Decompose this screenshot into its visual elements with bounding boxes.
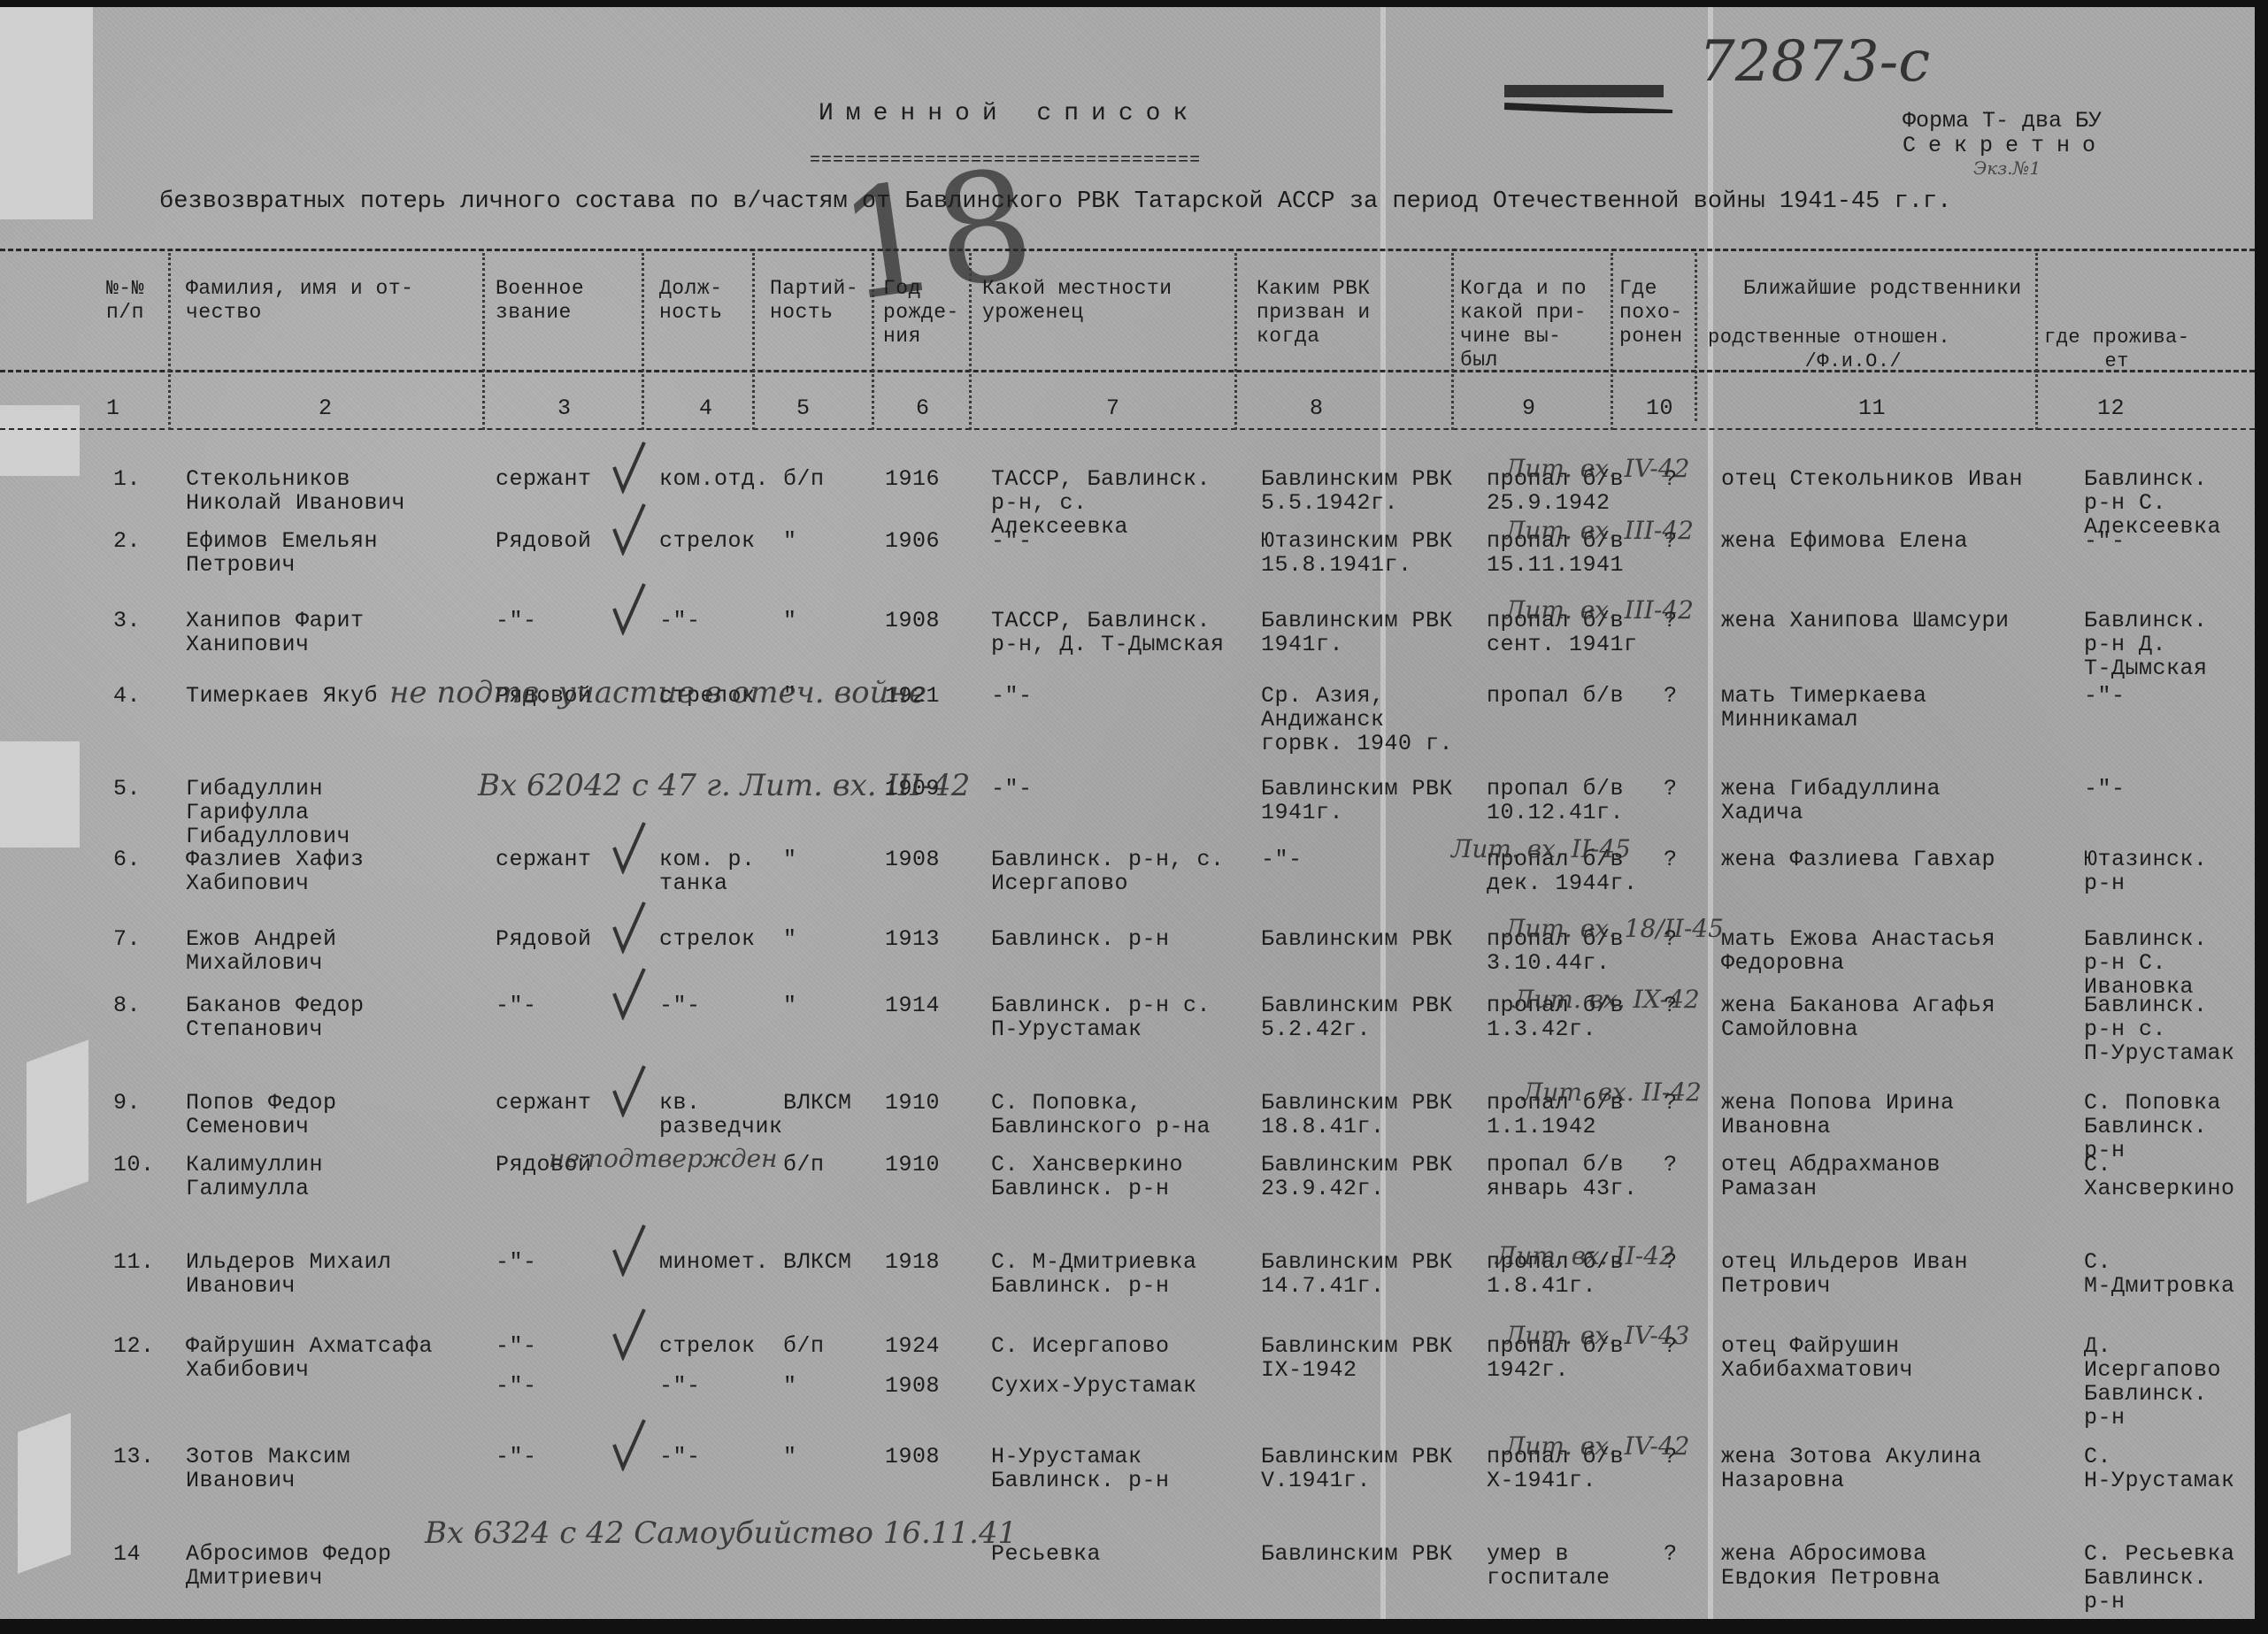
cell-rvk: Бавлинским РВК bbox=[1261, 927, 1453, 951]
cell-origin: Бавлинск. р-н bbox=[991, 927, 1170, 951]
cell-name: Попов Федор Семенович bbox=[186, 1091, 337, 1139]
cell-relative: отец Абдрахманов Рамазан bbox=[1721, 1153, 1941, 1201]
cell-buried: ? bbox=[1664, 684, 1678, 708]
cell-post: -"- bbox=[659, 993, 701, 1017]
cell-relative: жена Попова Ирина Ивановна bbox=[1721, 1091, 1955, 1139]
cell-post: ком. р. танка bbox=[659, 848, 756, 895]
cell-party: " bbox=[783, 609, 797, 633]
cell-relative: отец Файрушин Хабибахматович bbox=[1721, 1334, 1913, 1382]
column-header: Долж- ность bbox=[659, 277, 723, 325]
handwritten-annotation: Лит. вх. II-42 bbox=[1522, 1078, 1702, 1107]
column-divider bbox=[642, 253, 644, 430]
handwritten-annotation: Лит. вх. IV-42 bbox=[1504, 454, 1689, 483]
cell-reason: пропал б/в bbox=[1487, 684, 1624, 708]
cell-name: Ильдеров Михаил Иванович bbox=[186, 1250, 392, 1298]
cell-reason: пропал б/в январь 43г. bbox=[1487, 1153, 1638, 1201]
cell-rank: сержант bbox=[496, 1091, 592, 1115]
column-divider bbox=[1695, 253, 1697, 421]
cell-born: 1916 bbox=[885, 467, 940, 491]
cell-name: Гибадуллин Гарифулла Гибадуллович bbox=[186, 777, 350, 848]
cell-rank: сержант bbox=[496, 848, 592, 871]
column-number: 7 bbox=[1106, 396, 1120, 420]
cell-rank: -"- bbox=[496, 1445, 537, 1469]
paper-patch bbox=[27, 1039, 88, 1203]
cell-name: Калимуллин Галимулла bbox=[186, 1153, 323, 1201]
table-border-top bbox=[0, 249, 2255, 251]
handwritten-annotation: Лит. вх. IV-42 bbox=[1504, 1431, 1689, 1461]
column-divider bbox=[1451, 253, 1454, 430]
cell-post: -"- bbox=[659, 1374, 701, 1398]
cell-born: 1910 bbox=[885, 1091, 940, 1115]
cell-rvk: Бавлинским РВК IX-1942 bbox=[1261, 1334, 1453, 1382]
column-header: Фамилия, имя и от- чество bbox=[186, 277, 413, 325]
column-divider bbox=[168, 253, 171, 430]
cell-address: С. Н-Урустамак bbox=[2084, 1445, 2235, 1492]
cell-address: Бавлинск. р-н С. Ивановка bbox=[2084, 927, 2208, 999]
cell-rvk: Бавлинским РВК 5.5.1942г. bbox=[1261, 467, 1453, 515]
form-info: Форма Т- два БУ Секретно bbox=[1903, 109, 2108, 158]
cell-rank: Рядовой bbox=[496, 927, 592, 951]
archive-number: 72873-с bbox=[1699, 29, 1930, 95]
cell-party: б/п bbox=[783, 467, 825, 491]
handwritten-annotation: Лит. вх. IV-43 bbox=[1504, 1321, 1689, 1350]
cell-n: 12. bbox=[113, 1334, 155, 1358]
cell-buried: ? bbox=[1664, 777, 1678, 801]
cell-born: 1908 bbox=[885, 848, 940, 871]
column-number: 9 bbox=[1522, 396, 1536, 420]
column-number: 3 bbox=[557, 396, 572, 420]
cell-n: 5. bbox=[113, 777, 141, 801]
column-number-divider bbox=[0, 428, 2255, 430]
cell-rank: -"- bbox=[496, 1374, 537, 1398]
cell-post: стрелок bbox=[659, 1334, 756, 1358]
cell-party: " bbox=[783, 927, 797, 951]
column-group-header: Ближайшие родственники bbox=[1743, 277, 2022, 301]
cell-origin: Н-Урустамак Бавлинск. р-н bbox=[991, 1445, 1170, 1492]
cell-born: 1908 bbox=[885, 609, 940, 633]
cell-relative: жена Гибадуллина Хадича bbox=[1721, 777, 1941, 825]
cell-relative: жена Фазлиева Гавхар bbox=[1721, 848, 1995, 871]
cell-post: -"- bbox=[659, 609, 701, 633]
cell-buried: ? bbox=[1664, 1153, 1678, 1177]
cell-post: миномет. bbox=[659, 1250, 769, 1274]
cell-n: 4. bbox=[113, 684, 141, 708]
cell-origin: С. М-Дмитриевка Бавлинск. р-н bbox=[991, 1250, 1197, 1298]
cell-born: 1908 bbox=[885, 1445, 940, 1469]
cell-post: кв. разведчик bbox=[659, 1091, 783, 1139]
cell-rank: -"- bbox=[496, 1250, 537, 1274]
cell-rvk: -"- bbox=[1261, 848, 1303, 871]
cell-address: Ютазинск. р-н bbox=[2084, 848, 2208, 895]
column-header: №-№ п/п bbox=[106, 277, 144, 325]
column-header: Военное звание bbox=[496, 277, 584, 325]
column-number: 1 bbox=[106, 396, 120, 420]
cell-party: б/п bbox=[783, 1153, 825, 1177]
handwritten-annotation: Лит. вх. III-42 bbox=[1504, 516, 1694, 545]
paper-patch bbox=[18, 1413, 71, 1574]
column-divider bbox=[1234, 253, 1237, 430]
handwritten-annotation: Вх 62042 с 47 г. Лит. вх. III-42 bbox=[478, 768, 970, 803]
column-divider bbox=[969, 253, 972, 430]
check-mark-icon bbox=[611, 1418, 646, 1471]
cell-rank: -"- bbox=[496, 993, 537, 1017]
cell-post: стрелок bbox=[659, 927, 756, 951]
cell-address: С. Хансверкино bbox=[2084, 1153, 2235, 1201]
column-header: где прожива- ет bbox=[2044, 326, 2189, 373]
cell-rvk: Ютазинским РВК 15.8.1941г. bbox=[1261, 529, 1453, 577]
column-header: Год рожде- ния bbox=[883, 277, 959, 349]
cell-rvk: Бавлинским РВК 18.8.41г. bbox=[1261, 1091, 1453, 1139]
cell-post: стрелок bbox=[659, 529, 756, 553]
column-header: Каким РВК призван и когда bbox=[1257, 277, 1371, 349]
cell-n: 10. bbox=[113, 1153, 155, 1177]
cell-rvk: Бавлинским РВК 5.2.42г. bbox=[1261, 993, 1453, 1041]
check-mark-icon bbox=[611, 582, 646, 635]
column-divider bbox=[482, 253, 485, 430]
cell-rvk: Бавлинским РВК 1941г. bbox=[1261, 609, 1453, 656]
check-mark-icon bbox=[611, 967, 646, 1020]
cell-born: 1924 bbox=[885, 1334, 940, 1358]
cell-address: Д. Исергапово Бавлинск. р-н bbox=[2084, 1334, 2221, 1430]
cell-address: Бавлинск. р-н с. П-Урустамак bbox=[2084, 993, 2235, 1065]
column-header: Партий- ность bbox=[770, 277, 858, 325]
cell-n: 14 bbox=[113, 1542, 141, 1566]
cell-party: " bbox=[783, 993, 797, 1017]
cell-origin: Бавлинск. р-н с. П-Урустамак bbox=[991, 993, 1211, 1041]
column-header: Какой местности уроженец bbox=[982, 277, 1172, 325]
check-mark-icon bbox=[611, 1064, 646, 1117]
cell-born: 1914 bbox=[885, 993, 940, 1017]
check-mark-icon bbox=[611, 821, 646, 874]
cell-party: " bbox=[783, 1445, 797, 1469]
cell-rank: -"- bbox=[496, 609, 537, 633]
cell-relative: мать Ежова Анастасья Федоровна bbox=[1721, 927, 1995, 975]
cell-relative: жена Баканова Агафья Самойловна bbox=[1721, 993, 1995, 1041]
cell-relative: жена Ефимова Елена bbox=[1721, 529, 1968, 553]
cell-buried: ? bbox=[1664, 1542, 1678, 1566]
cell-born: 1910 bbox=[885, 1153, 940, 1177]
title-underline: ================================== bbox=[810, 150, 1201, 171]
handwritten-annotation: Вх 6324 с 42 Самоубийство 16.11.41 bbox=[425, 1515, 1017, 1551]
handwritten-annotation: Лит. вх. III-42 bbox=[1504, 595, 1694, 625]
handwritten-annotation: Лит. вх. II-42 bbox=[1495, 1241, 1675, 1270]
cell-name: Абросимов Федор Дмитриевич bbox=[186, 1542, 392, 1590]
cell-name: Тимеркаев Якуб bbox=[186, 684, 378, 708]
check-mark-icon bbox=[611, 1308, 646, 1361]
cell-relative: жена Абросимова Евдокия Петровна bbox=[1721, 1542, 1941, 1590]
handwritten-annotation: не подтвержден bbox=[549, 1144, 777, 1173]
column-number: 5 bbox=[796, 396, 811, 420]
form-label: Форма Т- два БУ bbox=[1903, 108, 2102, 134]
cell-origin: С. Исергапово bbox=[991, 1334, 1170, 1358]
cell-n: 8. bbox=[113, 993, 141, 1017]
cell-origin: Бавлинск. р-н, с. Исергапово bbox=[991, 848, 1225, 895]
column-number: 2 bbox=[319, 396, 333, 420]
cell-rvk: Бавлинским РВК 1941г. bbox=[1261, 777, 1453, 825]
cell-address: -"- bbox=[2084, 529, 2126, 553]
stamp-mark bbox=[1504, 78, 1681, 113]
cell-relative: жена Зотова Акулина Назаровна bbox=[1721, 1445, 1982, 1492]
cell-origin: -"- bbox=[991, 684, 1033, 708]
column-divider bbox=[872, 253, 874, 430]
cell-origin: -"- bbox=[991, 777, 1033, 801]
cell-name: Баканов Федор Степанович bbox=[186, 993, 365, 1041]
cell-post: -"- bbox=[659, 1445, 701, 1469]
check-mark-icon bbox=[611, 502, 646, 556]
cell-relative: жена Ханипова Шамсури bbox=[1721, 609, 2010, 633]
cell-party: " bbox=[783, 848, 797, 871]
cell-name: Стекольников Николай Иванович bbox=[186, 467, 405, 515]
cell-origin: С. Поповка, Бавлинского р-на bbox=[991, 1091, 1211, 1139]
cell-n: 1. bbox=[113, 467, 141, 491]
cell-reason: умер в госпитале bbox=[1487, 1542, 1611, 1590]
cell-rvk: Бавлинским РВК bbox=[1261, 1542, 1453, 1566]
cell-n: 2. bbox=[113, 529, 141, 553]
cell-rvk: Ср. Азия, Андижанск горвк. 1940 г. bbox=[1261, 684, 1453, 756]
paper-patch bbox=[0, 741, 80, 848]
cell-party: ВЛКСМ bbox=[783, 1250, 852, 1274]
cell-rvk: Бавлинским РВК 23.9.42г. bbox=[1261, 1153, 1453, 1201]
cell-address: С. Ресьевка Бавлинск. р-н bbox=[2084, 1542, 2235, 1614]
cell-address: -"- bbox=[2084, 684, 2126, 708]
cell-born: 1913 bbox=[885, 927, 940, 951]
cell-n: 6. bbox=[113, 848, 141, 871]
column-number: 4 bbox=[699, 396, 713, 420]
cell-born: 1906 bbox=[885, 529, 940, 553]
cell-rank: сержант bbox=[496, 467, 592, 491]
paper-patch bbox=[0, 405, 80, 476]
cell-name: Фазлиев Хафиз Хабипович bbox=[186, 848, 365, 895]
check-mark-icon bbox=[611, 901, 646, 954]
cell-n: 11. bbox=[113, 1250, 155, 1274]
cell-n: 13. bbox=[113, 1445, 155, 1469]
column-divider bbox=[2035, 253, 2038, 430]
cell-relative: мать Тимеркаева Минникамал bbox=[1721, 684, 1927, 732]
handwritten-annotation: Лит. вх. 18/II-45 bbox=[1504, 914, 1724, 943]
document-subtitle: безвозвратных потерь личного состава по … bbox=[159, 188, 1951, 215]
handwritten-annotation: не подтв. участие в отеч. войне bbox=[389, 675, 926, 710]
cell-origin: -"- bbox=[991, 529, 1033, 553]
cell-name: Файрушин Ахматсафа Хабибович bbox=[186, 1334, 433, 1382]
cell-reason: пропал б/в 10.12.41г. bbox=[1487, 777, 1624, 825]
column-number: 11 bbox=[1858, 396, 1886, 420]
cell-n: 3. bbox=[113, 609, 141, 633]
paper-patch bbox=[0, 7, 93, 219]
cell-rank: Рядовой bbox=[496, 529, 592, 553]
cell-relative: отец Ильдеров Иван Петрович bbox=[1721, 1250, 1968, 1298]
cell-post: ком.отд. bbox=[659, 467, 769, 491]
classification: Секретно bbox=[1903, 133, 2108, 158]
cell-origin: ТАССР, Бавлинск. р-н, Д. Т-Дымская bbox=[991, 609, 1225, 656]
copy-note: Экз.№1 bbox=[1973, 157, 2041, 179]
check-mark-icon bbox=[611, 441, 646, 494]
column-divider bbox=[752, 253, 755, 430]
cell-relative: отец Стекольников Иван bbox=[1721, 467, 2023, 491]
column-header: Где похо- ронен bbox=[1619, 277, 1683, 349]
cell-address: С. М-Дмитровка bbox=[2084, 1250, 2235, 1298]
column-header: родственные отношен. /Ф.и.О./ bbox=[1708, 326, 1950, 373]
cell-rvk: Бавлинским РВК 14.7.41г. bbox=[1261, 1250, 1453, 1298]
cell-buried: ? bbox=[1664, 848, 1678, 871]
cell-n: 7. bbox=[113, 927, 141, 951]
cell-origin: С. Хансверкино Бавлинск. р-н bbox=[991, 1153, 1183, 1201]
column-number: 10 bbox=[1646, 396, 1673, 420]
document-title: Именной список bbox=[819, 100, 1200, 127]
column-number: 12 bbox=[2097, 396, 2125, 420]
cell-rvk: Бавлинским РВК V.1941г. bbox=[1261, 1445, 1453, 1492]
cell-party: " bbox=[783, 529, 797, 553]
cell-born: 1918 bbox=[885, 1250, 940, 1274]
cell-n: 9. bbox=[113, 1091, 141, 1115]
cell-party: " bbox=[783, 1374, 797, 1398]
column-number: 6 bbox=[916, 396, 930, 420]
cell-party: б/п bbox=[783, 1334, 825, 1358]
column-number: 8 bbox=[1310, 396, 1324, 420]
cell-party: ВЛКСМ bbox=[783, 1091, 852, 1115]
cell-name: Ефимов Емельян Петрович bbox=[186, 529, 378, 577]
cell-rank: -"- bbox=[496, 1334, 537, 1358]
cell-address: -"- bbox=[2084, 777, 2126, 801]
column-divider bbox=[1611, 253, 1613, 430]
cell-name: Зотов Максим Иванович bbox=[186, 1445, 350, 1492]
cell-name: Ханипов Фарит Ханипович bbox=[186, 609, 365, 656]
cell-name: Ежов Андрей Михайлович bbox=[186, 927, 337, 975]
document-sheet: 72873-с 18 Именной список ==============… bbox=[0, 7, 2255, 1619]
check-mark-icon bbox=[611, 1224, 646, 1277]
column-header: Когда и по какой при- чине вы- был bbox=[1460, 277, 1587, 372]
handwritten-annotation: Лит. вх. II-45 bbox=[1451, 834, 1631, 863]
cell-address: Бавлинск. р-н Д. Т-Дымская bbox=[2084, 609, 2208, 680]
handwritten-annotation: Лит. вх. IX-42 bbox=[1513, 985, 1700, 1014]
